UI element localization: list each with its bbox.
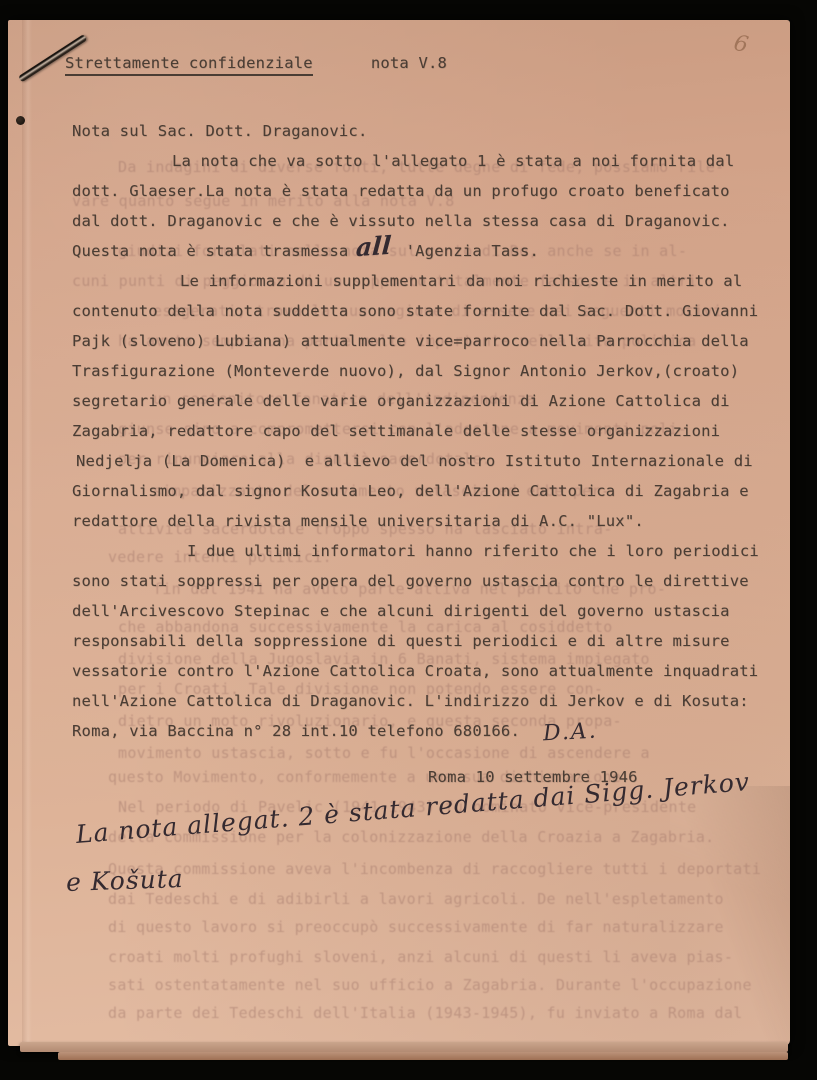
- bleedthrough-line: da parte dei Tedeschi dell'Italia (1943-…: [108, 1004, 743, 1022]
- handwritten-note-line2: e Košuta: [66, 864, 185, 897]
- note-reference: nota V.8: [371, 54, 447, 76]
- underlying-page-edge: [58, 1052, 788, 1060]
- bleedthrough-line: sati ostentatamente nel suo ufficio a Za…: [108, 976, 752, 994]
- bleedthrough-line: di questo lavoro si preoccupò successiva…: [108, 918, 724, 936]
- typed-line: La nota che va sotto l'allegato 1 è stat…: [72, 146, 772, 176]
- classification-label: Strettamente confidenziale: [65, 54, 313, 76]
- bleedthrough-line: Questa commissione aveva l'incombenza di…: [108, 860, 761, 878]
- typed-line: Giornalismo, dal signor Kosuta Leo, dell…: [72, 476, 772, 506]
- typed-line: Pajk (sloveno) Lubiana) attualmente vice…: [72, 326, 772, 356]
- typed-line: Trasfigurazione (Monteverde nuovo), dal …: [72, 356, 772, 386]
- paper-wrinkle: [670, 786, 790, 1046]
- handwritten-initials: D.A.: [542, 719, 598, 747]
- typed-line: Roma, via Baccina n° 28 int.10 telefono …: [72, 716, 772, 746]
- typed-line: responsabili della soppressione di quest…: [72, 626, 772, 656]
- typed-line: contenuto della nota suddetta sono state…: [72, 296, 772, 326]
- document-page: Da indagini di diverse fonti, tutte degn…: [8, 20, 790, 1046]
- bleedthrough-line: dai Tedeschi e di adibirli a lavori agri…: [108, 890, 724, 908]
- typed-line: dal dott. Draganovic e che è vissuto nel…: [72, 206, 772, 236]
- document-header: Strettamente confidenziale nota V.8: [65, 54, 765, 76]
- typed-line: redattore della rivista mensile universi…: [72, 506, 772, 536]
- typed-line: segretario generale delle varie organizz…: [72, 386, 772, 416]
- typed-line: I due ultimi informatori hanno riferito …: [72, 536, 772, 566]
- typed-line: Le informazioni supplementari da noi ric…: [72, 266, 772, 296]
- handwritten-correction: all: [355, 231, 392, 263]
- typed-line: Nota sul Sac. Dott. Draganovic.: [72, 116, 772, 146]
- paper-crease: [22, 20, 32, 1046]
- bleedthrough-line: croati molti profughi sloveni, anzi alcu…: [108, 948, 733, 966]
- typed-line: dell'Arcivescovo Stepinac e che alcuni d…: [72, 596, 772, 626]
- typed-line: sono stati soppressi per opera del gover…: [72, 566, 772, 596]
- typed-line: vessatorie contro l'Azione Cattolica Cro…: [72, 656, 772, 686]
- pin-head: [16, 116, 25, 125]
- typed-line: nell'Azione Cattolica di Draganovic. L'i…: [72, 686, 772, 716]
- typed-line: Questa nota è stata trasmessa 'Agenzia T…: [72, 236, 772, 266]
- typed-body: Nota sul Sac. Dott. Draganovic. La nota …: [72, 116, 772, 746]
- typed-line: Zagabria, redattore capo del settimanale…: [72, 416, 772, 446]
- typed-line: dott. Glaeser.La nota è stata redatta da…: [72, 176, 772, 206]
- underlying-page-edge: [20, 1042, 788, 1052]
- typed-line: Nedjelja (La Domenica) e allievo del nos…: [72, 446, 772, 476]
- bleedthrough-line: movimento ustascia, sotto e fu l'occasio…: [118, 744, 650, 762]
